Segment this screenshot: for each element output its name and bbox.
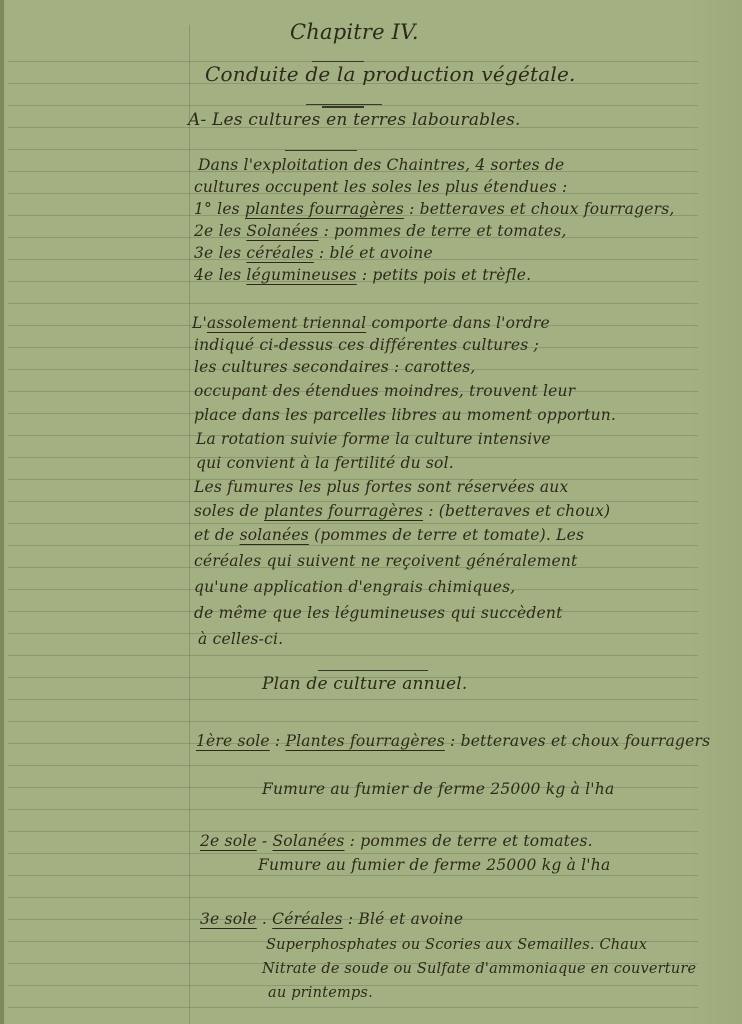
- sole-entry: 1ère sole : Plantes fourragères : better…: [196, 730, 710, 752]
- sole-label: 3e sole: [200, 910, 257, 928]
- crop-category: plantes fourragères: [245, 200, 404, 218]
- paragraph-line: L'assolement triennal comporte dans l'or…: [192, 312, 550, 334]
- list-article: les: [219, 244, 242, 262]
- text-fragment: comporte dans l'ordre: [366, 314, 550, 332]
- sole-entry: 2e sole - Solanées : pommes de terre et …: [200, 830, 593, 852]
- notebook-page: Chapitre IV. Conduite de la production v…: [0, 0, 742, 1024]
- underlined-term: assolement triennal: [207, 314, 366, 332]
- title-rule-accent: [322, 106, 364, 108]
- paragraph-line: céréales qui suivent ne reçoivent généra…: [194, 550, 577, 572]
- crop-category: légumineuses: [246, 266, 356, 284]
- plan-heading: Plan de culture annuel.: [262, 674, 467, 694]
- sole-crop: Céréales: [272, 910, 343, 928]
- list-article: les: [219, 222, 242, 240]
- separator: :: [270, 732, 286, 750]
- list-number: 2e: [194, 222, 213, 240]
- text-fragment: (pommes de terre et tomate). Les: [309, 526, 584, 544]
- paragraph-line: les cultures secondaires : carottes,: [194, 356, 476, 378]
- paragraph-line: qu'une application d'engrais chimiques,: [194, 576, 515, 598]
- paragraph-line: Les fumures les plus fortes sont réservé…: [194, 476, 568, 498]
- crop-detail: : pommes de terre et tomates,: [324, 222, 567, 240]
- paragraph-line: à celles-ci.: [198, 628, 283, 650]
- list-number: 1°: [194, 200, 212, 218]
- sole-fertilizer-line: Fumure au fumier de ferme 25000 kg à l'h…: [262, 778, 614, 800]
- paragraph-line: et de solanées (pommes de terre et tomat…: [194, 524, 584, 546]
- paragraph-line: place dans les parcelles libres au momen…: [194, 404, 616, 426]
- margin-line: [189, 25, 190, 1024]
- sole-crop: Plantes fourragères: [285, 732, 444, 750]
- sole-label: 1ère sole: [196, 732, 270, 750]
- crop-list-item: 1° les plantes fourragères : betteraves …: [194, 198, 674, 220]
- crop-detail: : blé et avoine: [319, 244, 433, 262]
- sole-label: 2e sole: [200, 832, 257, 850]
- list-number: 4e: [194, 266, 213, 284]
- paragraph-line: soles de plantes fourragères : (betterav…: [194, 500, 610, 522]
- paragraph-line: La rotation suivie forme la culture inte…: [196, 428, 551, 450]
- page-title: Conduite de la production végétale.: [205, 62, 576, 86]
- text-fragment: soles de: [194, 502, 264, 520]
- sole-detail: : Blé et avoine: [343, 910, 464, 928]
- list-article: les: [219, 266, 242, 284]
- paragraph-line: indiqué ci-dessus ces différentes cultur…: [194, 334, 539, 356]
- crop-list-item: 3e les céréales : blé et avoine: [194, 242, 433, 264]
- crop-detail: : petits pois et trèfle.: [362, 266, 531, 284]
- plan-rule: [318, 670, 428, 671]
- paragraph-line: cultures occupent les soles les plus éte…: [194, 176, 567, 198]
- sole-entry: 3e sole . Céréales : Blé et avoine: [200, 908, 463, 930]
- crop-category: Solanées: [246, 222, 318, 240]
- sole-detail: : betteraves et choux fourragers: [445, 732, 710, 750]
- page-binding-edge: [0, 0, 4, 1024]
- crop-category: céréales: [246, 244, 313, 262]
- sole-fertilizer-line: au printemps.: [268, 982, 373, 1004]
- sole-fertilizer-line: Nitrate de soude ou Sulfate d'ammoniaque…: [262, 958, 696, 980]
- paragraph-line: de même que les légumineuses qui succède…: [194, 602, 563, 624]
- chapter-heading: Chapitre IV.: [290, 20, 419, 44]
- text-fragment: : (betteraves et choux): [423, 502, 610, 520]
- separator: -: [257, 832, 273, 850]
- sole-fertilizer-line: Superphosphates ou Scories aux Semailles…: [266, 934, 647, 956]
- section-a-heading: A- Les cultures en terres labourables.: [188, 110, 521, 130]
- paragraph-line: qui convient à la fertilité du sol.: [196, 452, 454, 474]
- sole-detail: : pommes de terre et tomates.: [345, 832, 593, 850]
- title-rule: [306, 104, 382, 105]
- paragraph-line: Dans l'exploitation des Chaintres, 4 sor…: [198, 154, 564, 176]
- paragraph-line: occupant des étendues moindres, trouvent…: [194, 380, 575, 402]
- text-fragment: L': [192, 314, 207, 332]
- text-fragment: et de: [194, 526, 240, 544]
- list-article: les: [217, 200, 240, 218]
- crop-list-item: 2e les Solanées : pommes de terre et tom…: [194, 220, 567, 242]
- crop-detail: : betteraves et choux fourragers,: [409, 200, 674, 218]
- underlined-term: plantes fourragères: [264, 502, 423, 520]
- crop-list-item: 4e les légumineuses : petits pois et trè…: [194, 264, 531, 286]
- separator: .: [257, 910, 272, 928]
- section-rule: [285, 150, 357, 151]
- underlined-term: solanées: [240, 526, 309, 544]
- sole-crop: Solanées: [272, 832, 344, 850]
- sole-fertilizer-line: Fumure au fumier de ferme 25000 kg à l'h…: [258, 854, 610, 876]
- list-number: 3e: [194, 244, 213, 262]
